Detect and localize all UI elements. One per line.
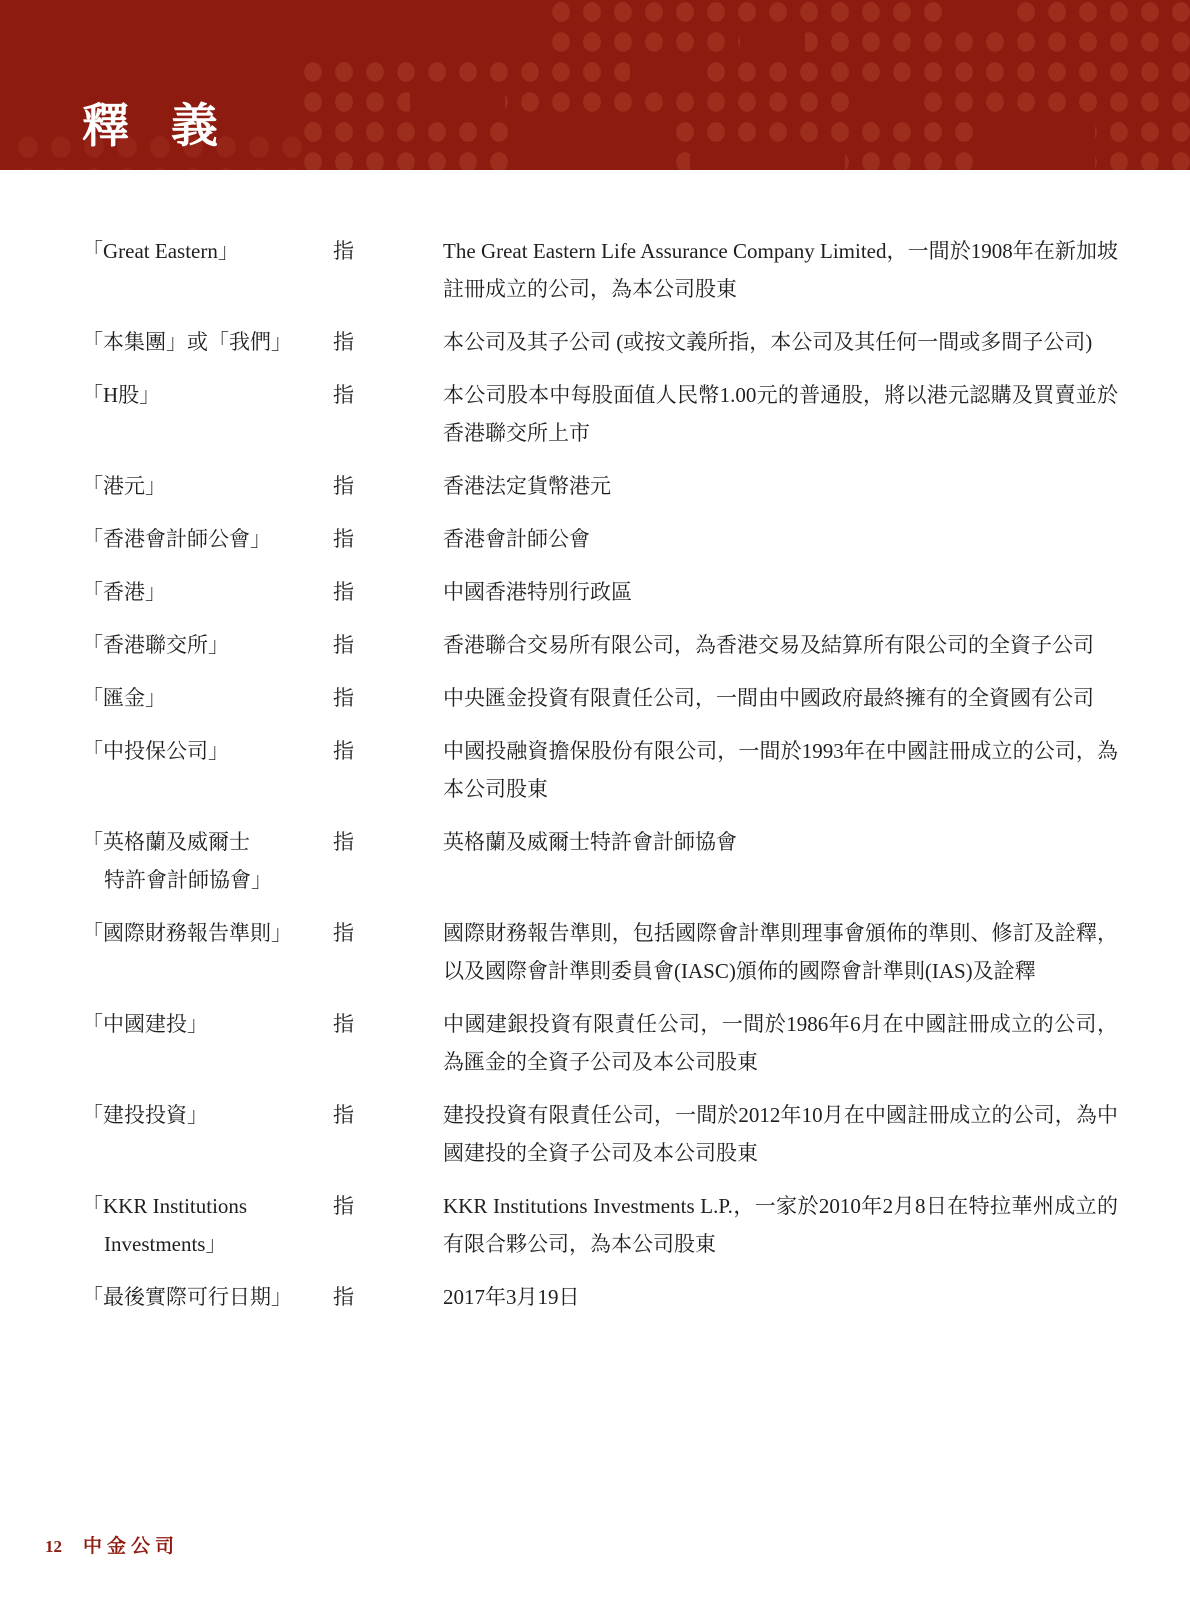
definition-row: 「香港會計師公會」 指 香港會計師公會 xyxy=(82,520,1118,558)
definition-term: 「H股」 xyxy=(82,376,333,414)
dot-gap xyxy=(300,0,540,58)
definition-connector: 指 xyxy=(333,732,443,770)
definition-term: 「KKR InstitutionsInvestments」 xyxy=(82,1187,333,1263)
dot-gap xyxy=(690,148,845,170)
definition-text: 中國投融資擔保股份有限公司，一間於1993年在中國註冊成立的公司，為本公司股東 xyxy=(443,732,1118,808)
dot-gap xyxy=(950,0,1010,28)
definition-row: 「香港聯交所」 指 香港聯合交易所有限公司，為香港交易及結算所有限公司的全資子公… xyxy=(82,626,1118,664)
term-line: 「中投保公司」 xyxy=(82,732,333,770)
page-footer: 12 中金公司 xyxy=(45,1531,179,1558)
definition-text: 2017年3月19日 xyxy=(443,1278,1118,1316)
page-header-banner: 釋義 xyxy=(0,0,1190,170)
definition-term: 「最後實際可行日期」 xyxy=(82,1278,333,1316)
term-line: Investments」 xyxy=(82,1225,333,1263)
definition-text: 本公司及其子公司 (或按文義所指，本公司及其任何一間或多間子公司) xyxy=(443,323,1118,361)
definition-term: 「港元」 xyxy=(82,467,333,505)
definition-row: 「中國建投」 指 中國建銀投資有限責任公司，一間於1986年6月在中國註冊成立的… xyxy=(82,1005,1118,1081)
definition-row: 「H股」 指 本公司股本中每股面值人民幣1.00元的普通股，將以港元認購及買賣並… xyxy=(82,376,1118,452)
definition-text: 香港聯合交易所有限公司，為香港交易及結算所有限公司的全資子公司 xyxy=(443,626,1118,664)
definition-row: 「國際財務報告準則」 指 國際財務報告準則，包括國際會計準則理事會頒佈的準則、修… xyxy=(82,914,1118,990)
term-line: 「中國建投」 xyxy=(82,1005,333,1043)
definition-term: 「國際財務報告準則」 xyxy=(82,914,333,952)
company-name: 中金公司 xyxy=(83,1531,179,1558)
term-line: 「本集團」或「我們」 xyxy=(82,323,333,361)
definition-row: 「中投保公司」 指 中國投融資擔保股份有限公司，一間於1993年在中國註冊成立的… xyxy=(82,732,1118,808)
definition-term: 「本集團」或「我們」 xyxy=(82,323,333,361)
definition-text: 國際財務報告準則，包括國際會計準則理事會頒佈的準則、修訂及詮釋，以及國際會計準則… xyxy=(443,914,1118,990)
definition-text: 英格蘭及威爾士特許會計師協會 xyxy=(443,823,1118,861)
term-line: 「建投投資」 xyxy=(82,1096,333,1134)
definition-connector: 指 xyxy=(333,914,443,952)
definition-connector: 指 xyxy=(333,823,443,861)
definition-row: 「港元」 指 香港法定貨幣港元 xyxy=(82,467,1118,505)
definition-row: 「英格蘭及威爾士特許會計師協會」 指 英格蘭及威爾士特許會計師協會 xyxy=(82,823,1118,899)
dot-gap xyxy=(855,88,915,120)
definition-text: 建投投資有限責任公司，一間於2012年10月在中國註冊成立的公司，為中國建投的全… xyxy=(443,1096,1118,1172)
definition-connector: 指 xyxy=(333,679,443,717)
term-line: 「H股」 xyxy=(82,376,333,414)
definition-connector: 指 xyxy=(333,626,443,664)
page-number: 12 xyxy=(45,1537,62,1557)
definition-term: 「建投投資」 xyxy=(82,1096,333,1134)
definition-row: 「KKR InstitutionsInvestments」 指 KKR Inst… xyxy=(82,1187,1118,1263)
definition-connector: 指 xyxy=(333,323,443,361)
definition-text: 中央匯金投資有限責任公司，一間由中國政府最終擁有的全資國有公司 xyxy=(443,679,1118,717)
definition-term: 「香港聯交所」 xyxy=(82,626,333,664)
definition-text: 香港法定貨幣港元 xyxy=(443,467,1118,505)
term-line: 「香港會計師公會」 xyxy=(82,520,333,558)
term-line: 「英格蘭及威爾士 xyxy=(82,823,333,861)
term-line: 「香港聯交所」 xyxy=(82,626,333,664)
definition-text: 中國建銀投資有限責任公司，一間於1986年6月在中國註冊成立的公司，為匯金的全資… xyxy=(443,1005,1118,1081)
definition-row: 「建投投資」 指 建投投資有限責任公司，一間於2012年10月在中國註冊成立的公… xyxy=(82,1096,1118,1172)
term-line: 「Great Eastern」 xyxy=(82,232,333,270)
definition-term: 「中投保公司」 xyxy=(82,732,333,770)
dot-gap xyxy=(520,118,675,170)
definition-text: KKR Institutions Investments L.P.，一家於201… xyxy=(443,1187,1118,1263)
definition-row: 「本集團」或「我們」 指 本公司及其子公司 (或按文義所指，本公司及其任何一間或… xyxy=(82,323,1118,361)
definition-connector: 指 xyxy=(333,1096,443,1134)
definition-row: 「Great Eastern」 指 The Great Eastern Life… xyxy=(82,232,1118,308)
definition-term: 「Great Eastern」 xyxy=(82,232,333,270)
definition-row: 「最後實際可行日期」 指 2017年3月19日 xyxy=(82,1278,1118,1316)
definition-connector: 指 xyxy=(333,232,443,270)
term-line: 「KKR Institutions xyxy=(82,1187,333,1225)
definition-connector: 指 xyxy=(333,573,443,611)
definition-connector: 指 xyxy=(333,1005,443,1043)
term-line: 「港元」 xyxy=(82,467,333,505)
dot-gap xyxy=(410,88,505,120)
definition-row: 「匯金」 指 中央匯金投資有限責任公司，一間由中國政府最終擁有的全資國有公司 xyxy=(82,679,1118,717)
dot-gap xyxy=(630,58,700,90)
definition-term: 「中國建投」 xyxy=(82,1005,333,1043)
dot-gap xyxy=(740,28,805,60)
definition-connector: 指 xyxy=(333,376,443,414)
term-line: 「國際財務報告準則」 xyxy=(82,914,333,952)
term-line: 「匯金」 xyxy=(82,679,333,717)
definition-text: The Great Eastern Life Assurance Company… xyxy=(443,232,1118,308)
definition-text: 香港會計師公會 xyxy=(443,520,1118,558)
definition-connector: 指 xyxy=(333,520,443,558)
definition-term: 「香港」 xyxy=(82,573,333,611)
definition-term: 「香港會計師公會」 xyxy=(82,520,333,558)
definition-text: 中國香港特別行政區 xyxy=(443,573,1118,611)
definition-term: 「匯金」 xyxy=(82,679,333,717)
dot-pattern xyxy=(300,0,1190,170)
term-line: 「最後實際可行日期」 xyxy=(82,1278,333,1316)
definition-connector: 指 xyxy=(333,1278,443,1316)
term-line: 特許會計師協會」 xyxy=(82,861,333,899)
definition-connector: 指 xyxy=(333,467,443,505)
definitions-list: 「Great Eastern」 指 The Great Eastern Life… xyxy=(0,170,1190,1316)
definition-connector: 指 xyxy=(333,1187,443,1225)
definition-text: 本公司股本中每股面值人民幣1.00元的普通股，將以港元認購及買賣並於香港聯交所上… xyxy=(443,376,1118,452)
dot-gap xyxy=(980,118,1095,170)
term-line: 「香港」 xyxy=(82,573,333,611)
page-title: 釋義 xyxy=(82,99,260,155)
document-page: 釋義 「Great Eastern」 指 The Great Eastern L… xyxy=(0,0,1190,1615)
definition-row: 「香港」 指 中國香港特別行政區 xyxy=(82,573,1118,611)
definition-term: 「英格蘭及威爾士特許會計師協會」 xyxy=(82,823,333,899)
